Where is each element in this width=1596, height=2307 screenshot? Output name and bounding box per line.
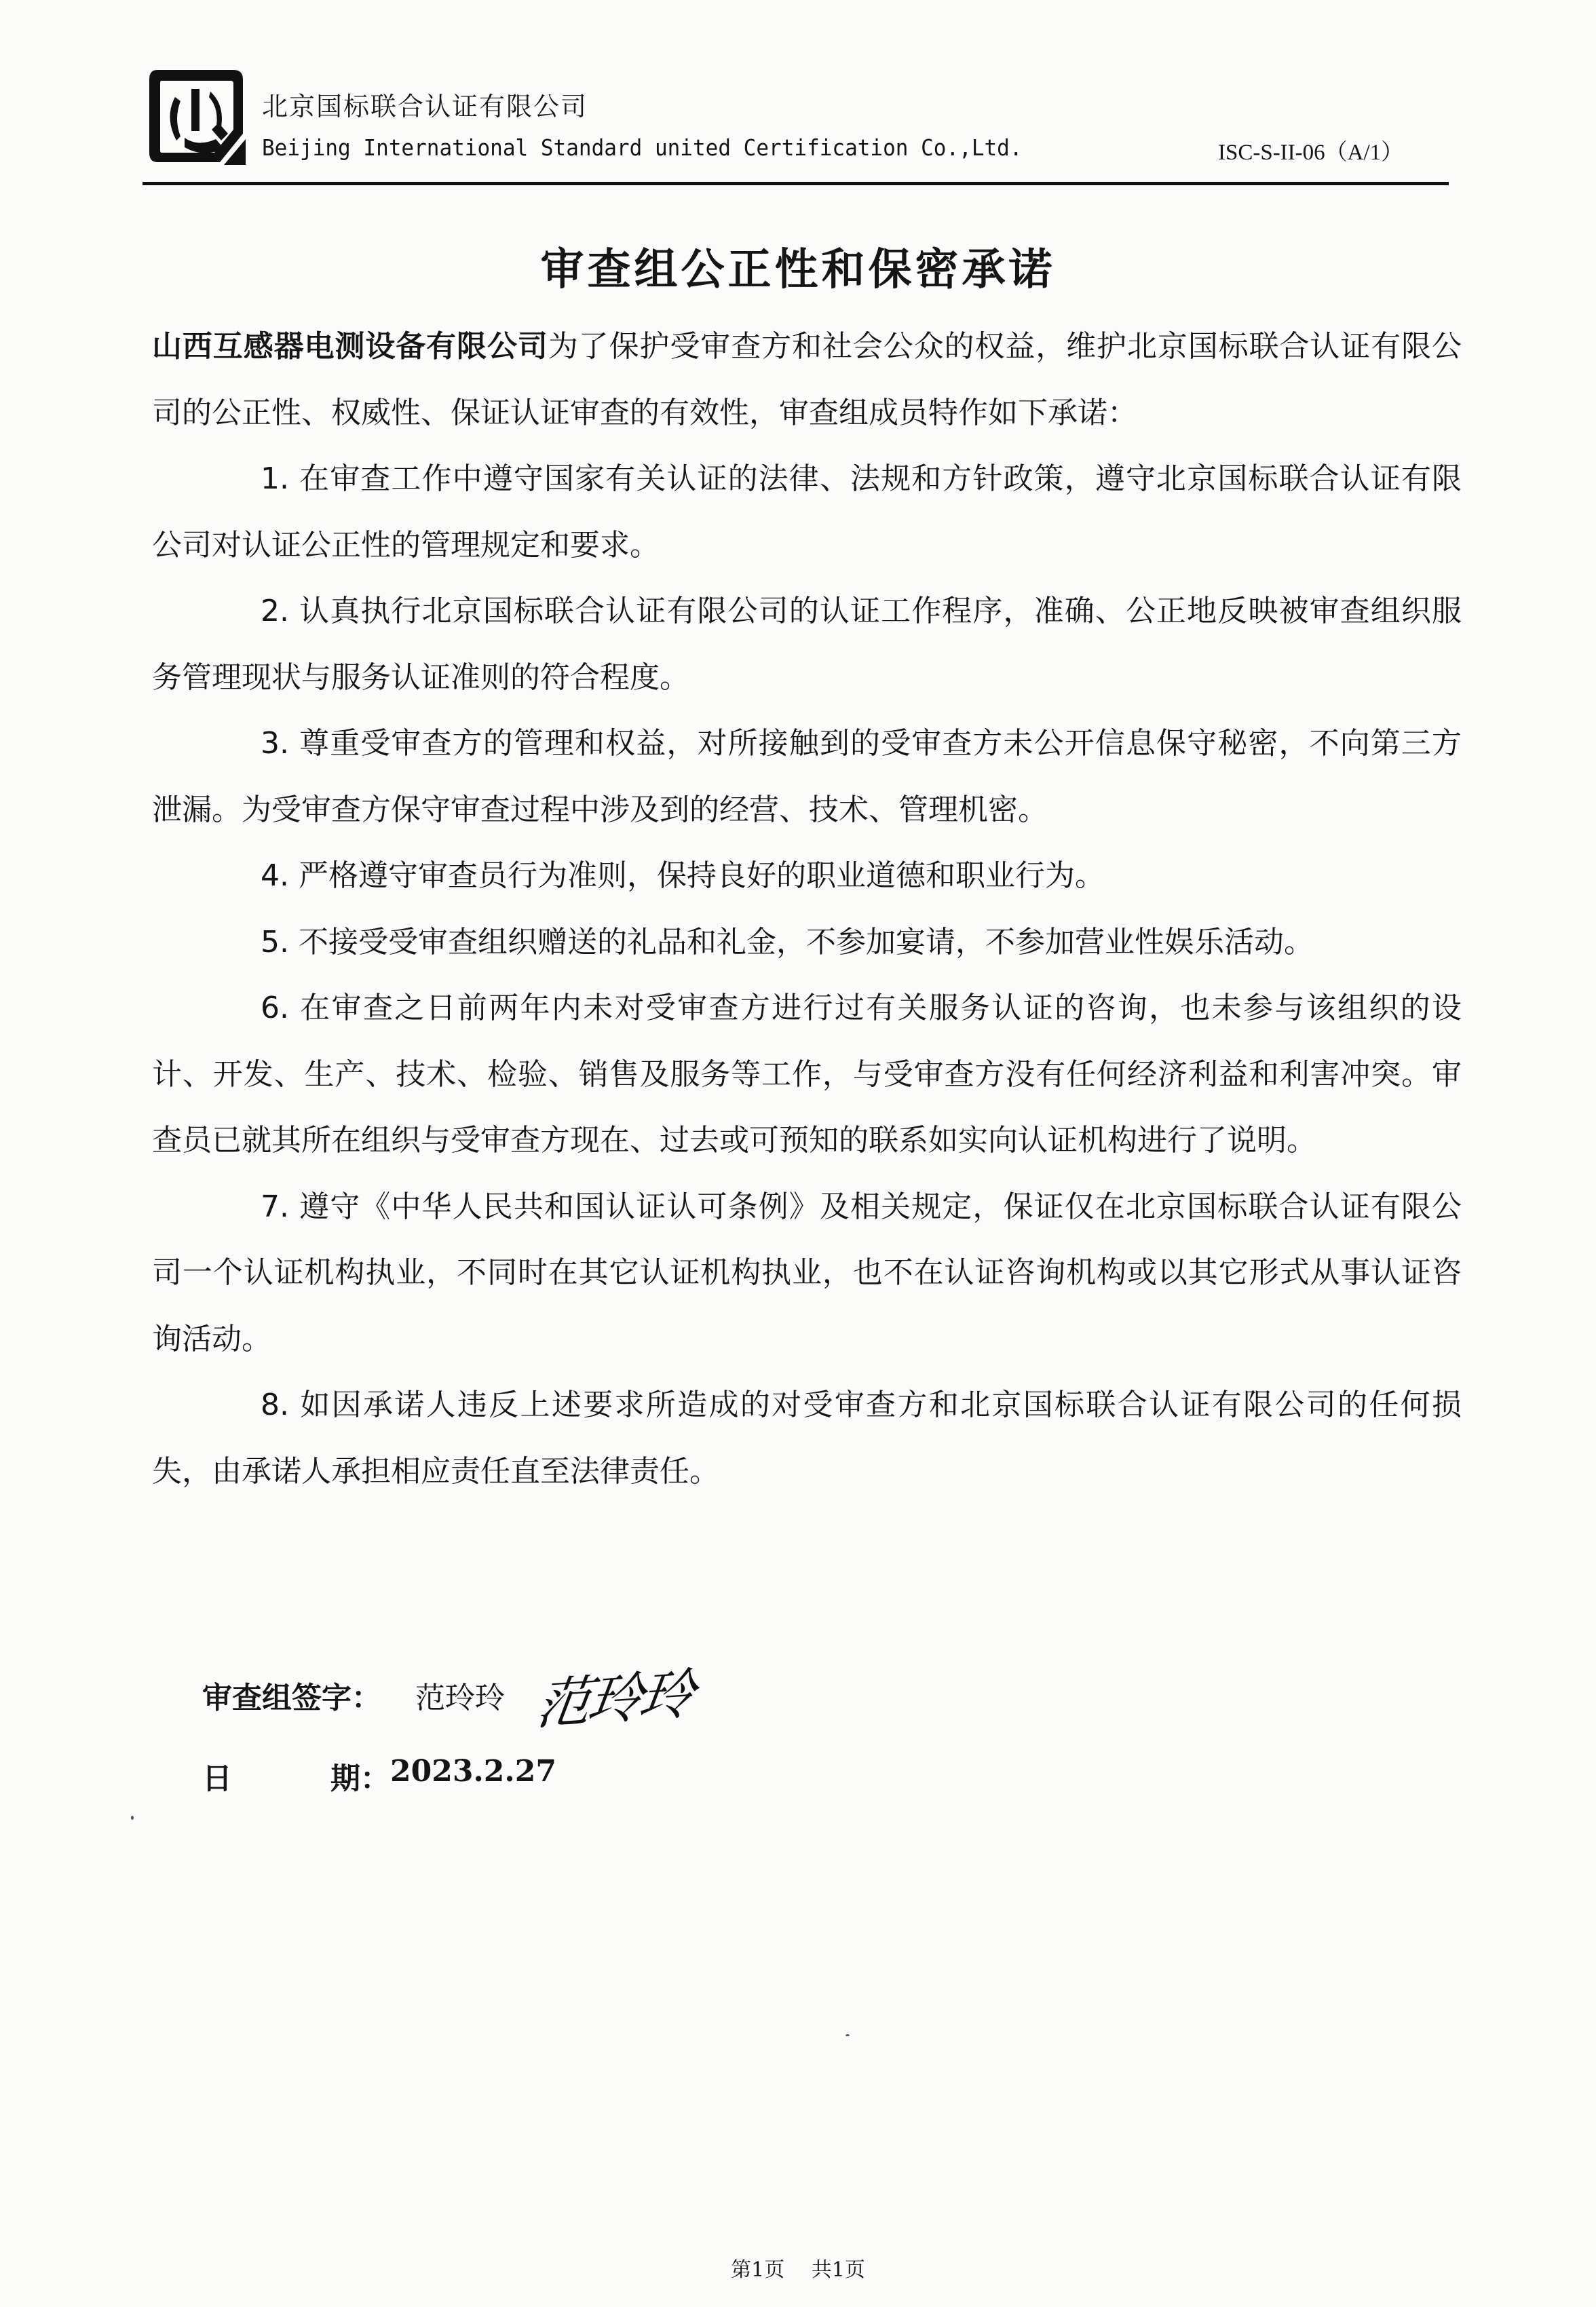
- company-logo-icon: [144, 64, 249, 168]
- header-divider: [142, 182, 1449, 185]
- date-row: 日 期： 2023.2.27: [202, 1754, 556, 1797]
- date-label-day: 日: [202, 1754, 232, 1797]
- page-footer: 第1页 共1页: [0, 2253, 1596, 2283]
- commitment-body: 山西互感器电测设备有限公司为了保护受审查方和社会公众的权益，维护北京国标联合认证…: [152, 313, 1462, 1504]
- company-name-en: Beijing International Standard united Ce…: [262, 134, 1023, 161]
- date-value: 2023.2.27: [390, 1754, 556, 1797]
- document-code: ISC-S-II-06（A/1）: [1218, 134, 1403, 166]
- scan-speck: [845, 2034, 850, 2036]
- audited-company-name: 山西互感器电测设备有限公司: [152, 329, 548, 364]
- commitment-item-3: 3.尊重受审查方的管理和权益，对所接触到的受审查方未公开信息保守秘密，不向第三方…: [152, 710, 1462, 843]
- company-name-cn: 北京国标联合认证有限公司: [262, 85, 588, 123]
- commitment-item-2: 2.认真执行北京国标联合认证有限公司的认证工作程序，准确、公正地反映被审查组织服…: [152, 578, 1462, 710]
- page-number: 第1页: [731, 2258, 784, 2282]
- commitment-item-6: 6.在审查之日前两年内未对受审查方进行过有关服务认证的咨询，也未参与该组织的设计…: [152, 975, 1462, 1174]
- intro-paragraph: 山西互感器电测设备有限公司为了保护受审查方和社会公众的权益，维护北京国标联合认证…: [152, 313, 1462, 446]
- scan-speck: [131, 1816, 134, 1820]
- commitment-item-4: 4.严格遵守审查员行为准则，保持良好的职业道德和职业行为。: [152, 843, 1462, 909]
- commitment-item-7: 7.遵守《中华人民共和国认证认可条例》及相关规定，保证仅在北京国标联合认证有限公…: [152, 1174, 1462, 1373]
- signer-printed-name: 范玲玲: [415, 1673, 505, 1717]
- page-total: 共1页: [812, 2258, 865, 2282]
- document-page: 北京国标联合认证有限公司 Beijing International Stand…: [0, 0, 1596, 2307]
- page-title: 审查组公正性和保密承诺: [0, 235, 1596, 297]
- date-label-period: 期：: [330, 1754, 390, 1797]
- commitment-item-1: 1.在审查工作中遵守国家有关认证的法律、法规和方针政策，遵守北京国标联合认证有限…: [152, 446, 1462, 578]
- commitment-item-8: 8.如因承诺人违反上述要求所造成的对受审查方和北京国标联合认证有限公司的任何损失…: [152, 1372, 1462, 1504]
- signature-label: 审查组签字：: [202, 1673, 381, 1717]
- handwritten-signature: 范玲玲: [532, 1650, 698, 1739]
- signature-row: 审查组签字： 范玲玲 范玲玲: [202, 1656, 692, 1734]
- commitment-item-5: 5.不接受受审查组织赠送的礼品和礼金，不参加宴请，不参加营业性娱乐活动。: [152, 909, 1462, 976]
